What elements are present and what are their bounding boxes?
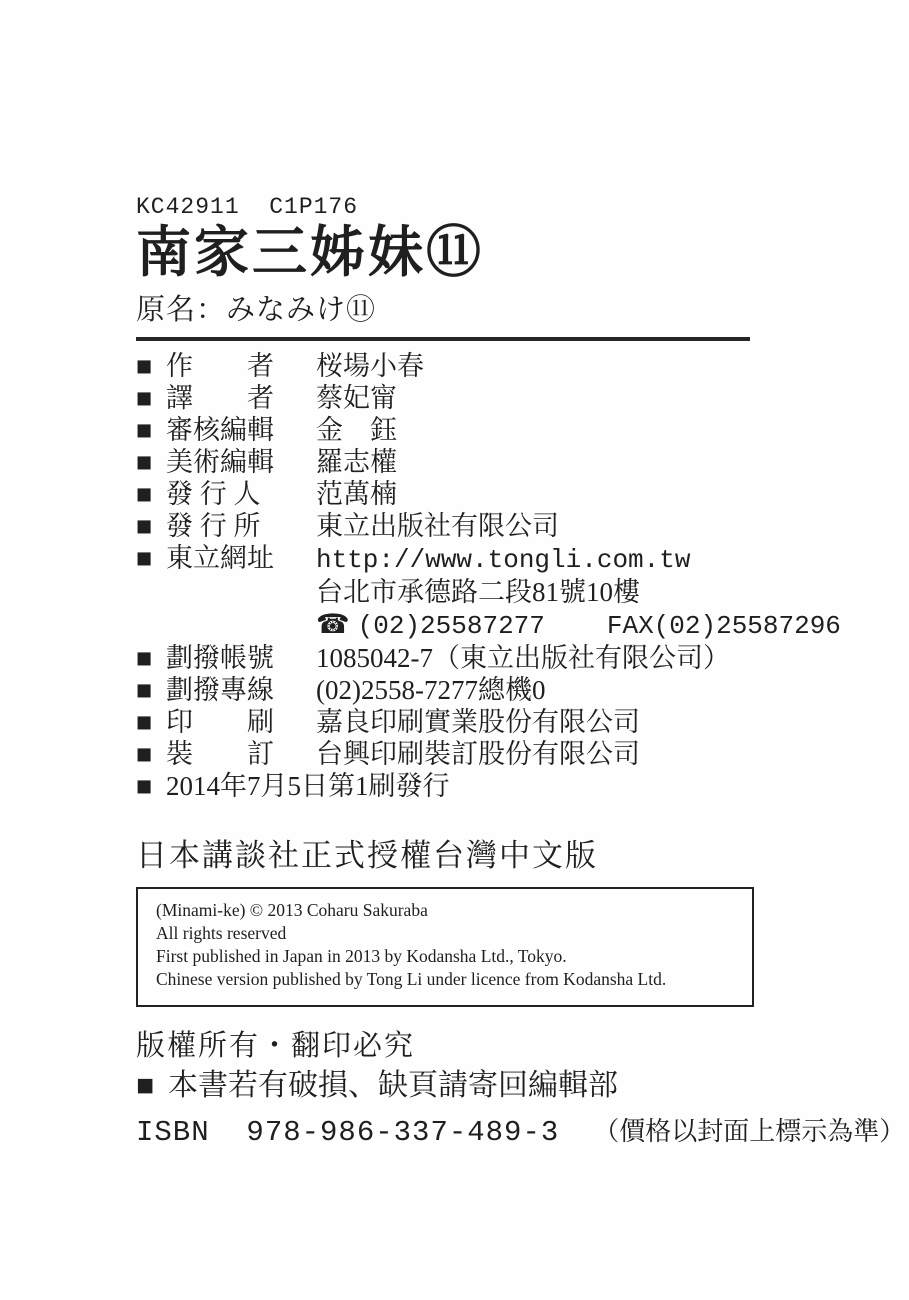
bullet-square-icon: ■ <box>136 350 166 382</box>
damage-notice-text: 本書若有破損、缺頁請寄回編輯部 <box>168 1068 618 1104</box>
product-code: KC42911 C1P176 <box>136 194 801 220</box>
credit-label: 美術編輯 <box>166 446 278 478</box>
credit-label: 審核編輯 <box>166 414 278 446</box>
copyright-line: All rights reserved <box>156 922 734 945</box>
bullet-square-icon: ■ <box>136 642 166 674</box>
publisher-address: 台北市承德路二段81號10樓 <box>316 576 640 608</box>
bullet-square-icon: ■ <box>136 382 166 414</box>
postal-account-number: 1085042-7（東立出版社有限公司） <box>316 642 730 674</box>
credit-label: 劃撥帳號 <box>166 642 278 674</box>
copyright-box: (Minami-ke) © 2013 Coharu Sakuraba All r… <box>136 887 754 1007</box>
credit-label: 劃撥專線 <box>166 674 278 706</box>
bullet-square-icon: ■ <box>136 414 166 446</box>
book-title: 南家三姊妹⑪ <box>136 222 801 284</box>
credit-label: 作 者 <box>166 350 278 382</box>
credit-row-author: ■ 作 者 桜場小春 <box>136 350 801 382</box>
edition-date: 2014年7月5日第1刷發行 <box>166 770 450 802</box>
bullet-square-icon: ■ <box>136 770 166 802</box>
credit-row-review-editor: ■ 審核編輯 金 鈺 <box>136 414 801 446</box>
isbn-number: ISBN 978-986-337-489-3 <box>136 1116 559 1149</box>
license-heading: 日本講談社正式授權台灣中文版 <box>136 830 801 875</box>
credit-label: 東立網址 <box>166 542 278 574</box>
postal-hotline-number: (02)2558-7277總機0 <box>316 674 545 706</box>
credit-value: 東立出版社有限公司 <box>316 510 559 542</box>
credit-row-translator: ■ 譯 者 蔡妃甯 <box>136 382 801 414</box>
rights-reserved-line: 版權所有・翻印必究 <box>136 1023 801 1064</box>
bullet-square-icon: ■ <box>136 1068 168 1104</box>
credit-row-publisher-person: ■ 發 行 人 范萬楠 <box>136 478 801 510</box>
credit-row-postal-hotline: ■ 劃撥專線 (02)2558-7277總機0 <box>136 674 801 706</box>
damage-notice-row: ■ 本書若有破損、缺頁請寄回編輯部 <box>136 1068 801 1104</box>
credit-value: 金 鈺 <box>316 414 397 446</box>
credit-value: 桜場小春 <box>316 350 424 382</box>
colophon-page: KC42911 C1P176 南家三姊妹⑪ 原名：みなみけ⑪ ■ 作 者 桜場小… <box>0 0 909 1300</box>
original-title: 原名：みなみけ⑪ <box>136 287 801 328</box>
bullet-square-icon: ■ <box>136 478 166 510</box>
copyright-line: Chinese version published by Tong Li und… <box>156 968 734 991</box>
credit-label: 譯 者 <box>166 382 278 414</box>
credit-value: 羅志權 <box>316 446 397 478</box>
price-note: （價格以封面上標示為準） <box>593 1111 905 1148</box>
credit-row-binder: ■ 裝 訂 台興印刷裝訂股份有限公司 <box>136 738 801 770</box>
phone-row: ☎ (02)25587277 FAX(02)25587296 <box>136 608 801 642</box>
credit-value: 范萬楠 <box>316 478 397 510</box>
credit-row-website: ■ 東立網址 http://www.tongli.com.tw <box>136 542 801 576</box>
copyright-line: First published in Japan in 2013 by Koda… <box>156 945 734 968</box>
website-url: http://www.tongli.com.tw <box>316 544 690 576</box>
bullet-square-icon: ■ <box>136 446 166 478</box>
credit-value: 蔡妃甯 <box>316 382 397 414</box>
credit-label: 發 行 人 <box>166 478 278 510</box>
bullet-square-icon: ■ <box>136 542 166 574</box>
bullet-square-icon: ■ <box>136 510 166 542</box>
colophon-content: KC42911 C1P176 南家三姊妹⑪ 原名：みなみけ⑪ ■ 作 者 桜場小… <box>136 194 801 1149</box>
credit-label: 印 刷 <box>166 706 278 738</box>
phone-icon: ☎ <box>316 608 350 640</box>
bullet-square-icon: ■ <box>136 674 166 706</box>
credit-label: 發 行 所 <box>166 510 278 542</box>
credit-label: 裝 訂 <box>166 738 278 770</box>
edition-row: ■ 2014年7月5日第1刷發行 <box>136 770 801 802</box>
bullet-square-icon: ■ <box>136 706 166 738</box>
credit-row-printer: ■ 印 刷 嘉良印刷實業股份有限公司 <box>136 706 801 738</box>
credit-row-publisher-company: ■ 發 行 所 東立出版社有限公司 <box>136 510 801 542</box>
tel-number: (02)25587277 <box>358 610 545 642</box>
divider-rule <box>136 337 750 341</box>
credit-value: 台興印刷裝訂股份有限公司 <box>316 738 640 770</box>
bullet-square-icon: ■ <box>136 738 166 770</box>
fax-number: FAX(02)25587296 <box>607 610 841 642</box>
credit-value: 嘉良印刷實業股份有限公司 <box>316 706 640 738</box>
copyright-line: (Minami-ke) © 2013 Coharu Sakuraba <box>156 899 734 922</box>
address-row: 台北市承德路二段81號10樓 <box>136 576 801 608</box>
credit-row-art-editor: ■ 美術編輯 羅志權 <box>136 446 801 478</box>
credit-row-postal-account: ■ 劃撥帳號 1085042-7（東立出版社有限公司） <box>136 642 801 674</box>
isbn-line: ISBN 978-986-337-489-3 （價格以封面上標示為準） <box>136 1111 801 1149</box>
